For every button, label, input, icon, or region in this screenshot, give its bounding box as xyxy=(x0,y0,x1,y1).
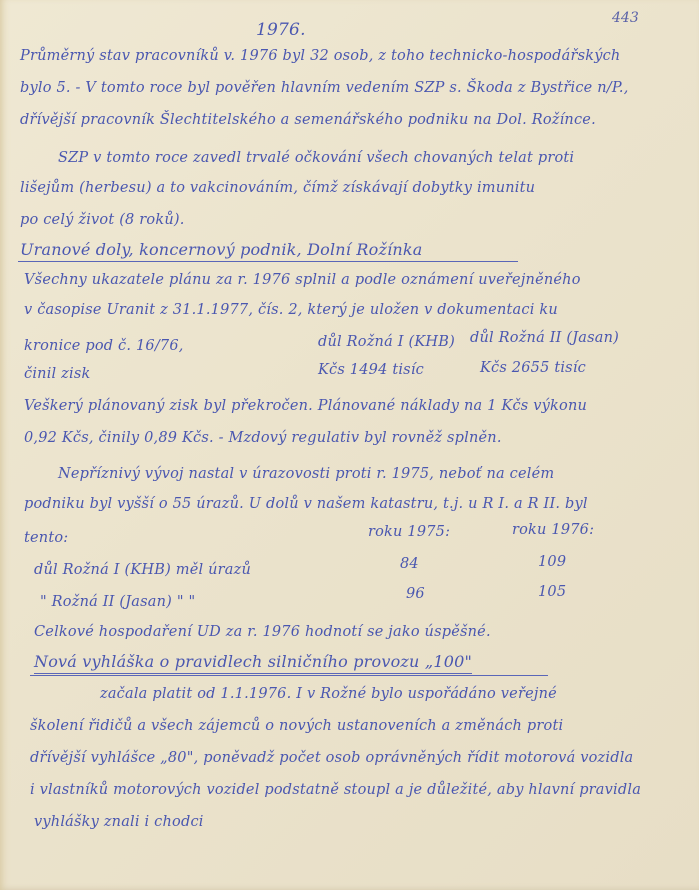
text-line: dřívější pracovník Šlechtitelského a sem… xyxy=(20,112,596,128)
text-line: SZP v tomto roce zavedl trvalé očkování … xyxy=(58,150,574,166)
injury-row-1975: 84 xyxy=(400,556,419,572)
text-line: kronice pod č. 16/76, xyxy=(24,338,184,354)
profit-value-2: Kčs 2655 tisíc xyxy=(480,360,586,376)
text-line: Celkové hospodaření UD za r. 1976 hodnot… xyxy=(34,624,491,640)
text-line: školení řidičů a všech zájemců o nových … xyxy=(30,718,563,734)
injury-row-label: " Rožná II (Jasan) " " xyxy=(40,594,195,610)
profit-value-1: Kčs 1494 tisíc xyxy=(318,362,424,378)
injury-column-1975: roku 1975: xyxy=(368,524,450,540)
profit-column-2: důl Rožná II (Jasan) xyxy=(470,330,619,346)
text-line: vyhlášky znali i chodci xyxy=(34,814,204,830)
text-line: podniku byl vyšší o 55 úrazů. U dolů v n… xyxy=(24,496,588,512)
page-number: 443 xyxy=(612,10,639,26)
year-heading: 1976. xyxy=(256,20,306,40)
text-line: Všechny ukazatele plánu za r. 1976 splni… xyxy=(24,272,581,288)
text-line: 0,92 Kčs, činily 0,89 Kčs. - Mzdový regu… xyxy=(24,430,502,446)
text-line: tento: xyxy=(24,530,68,546)
injury-row-1976: 105 xyxy=(538,584,566,600)
injury-row-label: důl Rožná I (KHB) měl úrazů xyxy=(34,562,251,578)
text-line: bylo 5. - V tomto roce byl pověřen hlavn… xyxy=(20,80,629,96)
text-line: v časopise Uranit z 31.1.1977, čís. 2, k… xyxy=(24,302,558,318)
text-line: činil zisk xyxy=(24,366,91,382)
injury-row-1975: 96 xyxy=(406,586,425,602)
injury-row-1976: 109 xyxy=(538,554,566,570)
text-line: dřívější vyhlášce „80", poněvadž počet o… xyxy=(30,750,633,766)
text-line: Nepříznivý vývoj nastal v úrazovosti pro… xyxy=(58,466,554,482)
text-line: Veškerý plánovaný zisk byl překročen. Pl… xyxy=(24,398,587,414)
profit-column-1: důl Rožná I (KHB) xyxy=(318,334,455,350)
heading-underline xyxy=(30,675,548,676)
text-line: začala platit od 1.1.1976. I v Rožné byl… xyxy=(100,686,557,702)
section-heading-traffic-regulation: Nová vyhláška o pravidlech silničního pr… xyxy=(34,652,472,674)
text-line: po celý život (8 roků). xyxy=(20,212,185,228)
text-line: Průměrný stav pracovníků v. 1976 byl 32 … xyxy=(20,48,620,64)
injury-column-1976: roku 1976: xyxy=(512,522,594,538)
heading-underline xyxy=(18,261,518,262)
chronicle-page: 443 1976. Průměrný stav pracovníků v. 19… xyxy=(0,0,699,890)
section-heading-uranium-mines: Uranové doly, koncernový podnik, Dolní R… xyxy=(20,240,423,262)
text-line: i vlastníků motorových vozidel podstatně… xyxy=(30,782,641,798)
text-line: lišejům (herbesu) a to vakcinováním, čím… xyxy=(20,180,535,196)
